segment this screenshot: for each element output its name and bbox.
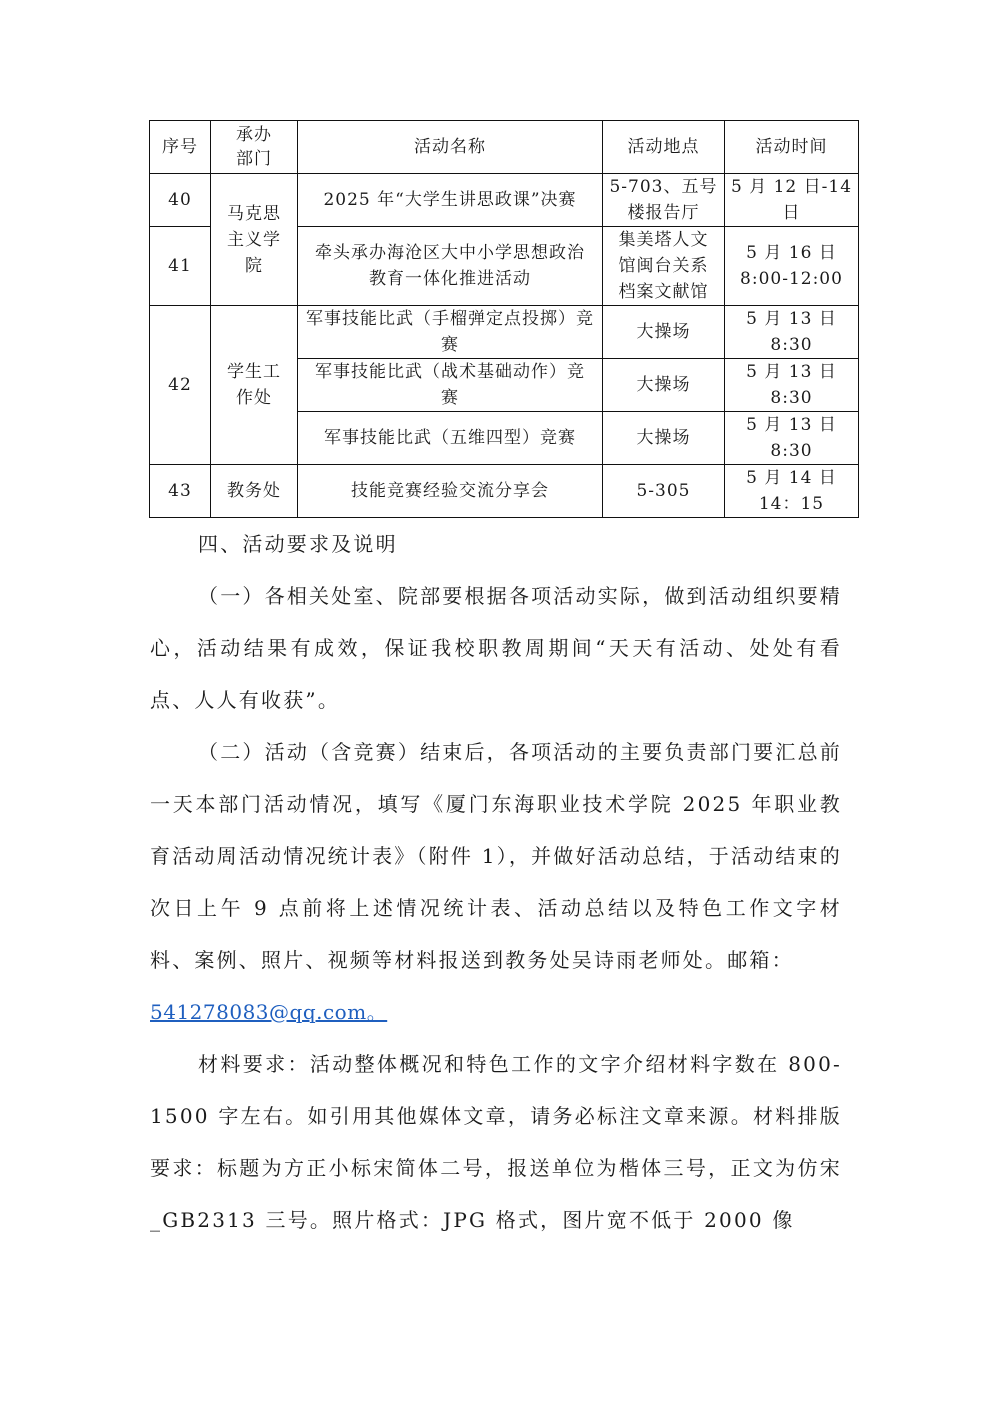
email-link[interactable]: 541278083@qq.com。 bbox=[150, 1000, 387, 1024]
time-date: 5 月 13 日 bbox=[746, 415, 837, 435]
activity-schedule-table: 序号 承办 部门 活动名称 活动地点 活动时间 40 马克思主义学院 2025 … bbox=[149, 120, 859, 518]
document-page: 序号 承办 部门 活动名称 活动地点 活动时间 40 马克思主义学院 2025 … bbox=[0, 0, 992, 1403]
table-row: 43 教务处 技能竞赛经验交流分享会 5-305 5 月 14 日 14：15 bbox=[150, 465, 859, 518]
cell-no: 43 bbox=[150, 465, 211, 518]
time-date: 5 月 16 日 bbox=[746, 243, 837, 263]
header-name: 活动名称 bbox=[298, 121, 603, 174]
table-header-row: 序号 承办 部门 活动名称 活动地点 活动时间 bbox=[150, 121, 859, 174]
cell-name: 军事技能比武（五维四型）竞赛 bbox=[298, 412, 603, 465]
header-time: 活动时间 bbox=[725, 121, 859, 174]
cell-name: 2025 年“大学生讲思政课”决赛 bbox=[298, 174, 603, 227]
time-hours: 14：15 bbox=[759, 494, 824, 514]
cell-place: 大操场 bbox=[603, 359, 725, 412]
header-dept: 承办 部门 bbox=[211, 121, 298, 174]
cell-no: 40 bbox=[150, 174, 211, 227]
dept-text: 学生工作处 bbox=[227, 362, 281, 408]
cell-time: 5 月 13 日 8:30 bbox=[725, 412, 859, 465]
time-hours: 8:00-12:00 bbox=[740, 269, 843, 289]
table-row: 40 马克思主义学院 2025 年“大学生讲思政课”决赛 5-703、五号楼报告… bbox=[150, 174, 859, 227]
cell-no: 42 bbox=[150, 306, 211, 465]
cell-no: 41 bbox=[150, 227, 211, 306]
paragraph-item-1: （一）各相关处室、院部要根据各项活动实际，做到活动组织要精心，活动结果有成效，保… bbox=[150, 570, 842, 726]
header-dept-line2: 部门 bbox=[236, 149, 272, 169]
time-date: 5 月 13 日 bbox=[746, 309, 837, 329]
section-heading: 四、活动要求及说明 bbox=[198, 518, 842, 570]
item-2-text: （二）活动（含竞赛）结束后，各项活动的主要负责部门要汇总前一天本部门活动情况，填… bbox=[150, 740, 842, 972]
header-dept-line1: 承办 bbox=[236, 125, 272, 145]
cell-place: 大操场 bbox=[603, 412, 725, 465]
paragraph-requirements: 材料要求：活动整体概况和特色工作的文字介绍材料字数在 800-1500 字左右。… bbox=[150, 1038, 842, 1246]
cell-name: 技能竞赛经验交流分享会 bbox=[298, 465, 603, 518]
cell-name: 牵头承办海沧区大中小学思想政治教育一体化推进活动 bbox=[298, 227, 603, 306]
dept-text: 马克思主义学院 bbox=[227, 204, 281, 276]
table-row: 42 学生工作处 军事技能比武（手榴弹定点投掷）竞赛 大操场 5 月 13 日 … bbox=[150, 306, 859, 359]
cell-place: 5-703、五号楼报告厅 bbox=[603, 174, 725, 227]
time-date: 5 月 14 日 bbox=[746, 468, 837, 488]
cell-dept: 学生工作处 bbox=[211, 306, 298, 465]
cell-place: 大操场 bbox=[603, 306, 725, 359]
header-no: 序号 bbox=[150, 121, 211, 174]
cell-time: 5 月 13 日 8:30 bbox=[725, 306, 859, 359]
time-hours: 8:30 bbox=[770, 335, 812, 355]
cell-place: 5-305 bbox=[603, 465, 725, 518]
header-place: 活动地点 bbox=[603, 121, 725, 174]
cell-time: 5 月 16 日 8:00-12:00 bbox=[725, 227, 859, 306]
time-hours: 8:30 bbox=[770, 388, 812, 408]
time-hours: 8:30 bbox=[770, 441, 812, 461]
cell-place: 集美塔人文馆闽台关系档案文献馆 bbox=[603, 227, 725, 306]
paragraph-item-2: （二）活动（含竞赛）结束后，各项活动的主要负责部门要汇总前一天本部门活动情况，填… bbox=[150, 726, 842, 1038]
cell-dept: 马克思主义学院 bbox=[211, 174, 298, 306]
cell-name: 军事技能比武（战术基础动作）竞赛 bbox=[298, 359, 603, 412]
cell-time: 5 月 12 日-14 日 bbox=[725, 174, 859, 227]
cell-time: 5 月 14 日 14：15 bbox=[725, 465, 859, 518]
time-date: 5 月 13 日 bbox=[746, 362, 837, 382]
cell-dept: 教务处 bbox=[211, 465, 298, 518]
cell-time: 5 月 13 日 8:30 bbox=[725, 359, 859, 412]
cell-name: 军事技能比武（手榴弹定点投掷）竞赛 bbox=[298, 306, 603, 359]
